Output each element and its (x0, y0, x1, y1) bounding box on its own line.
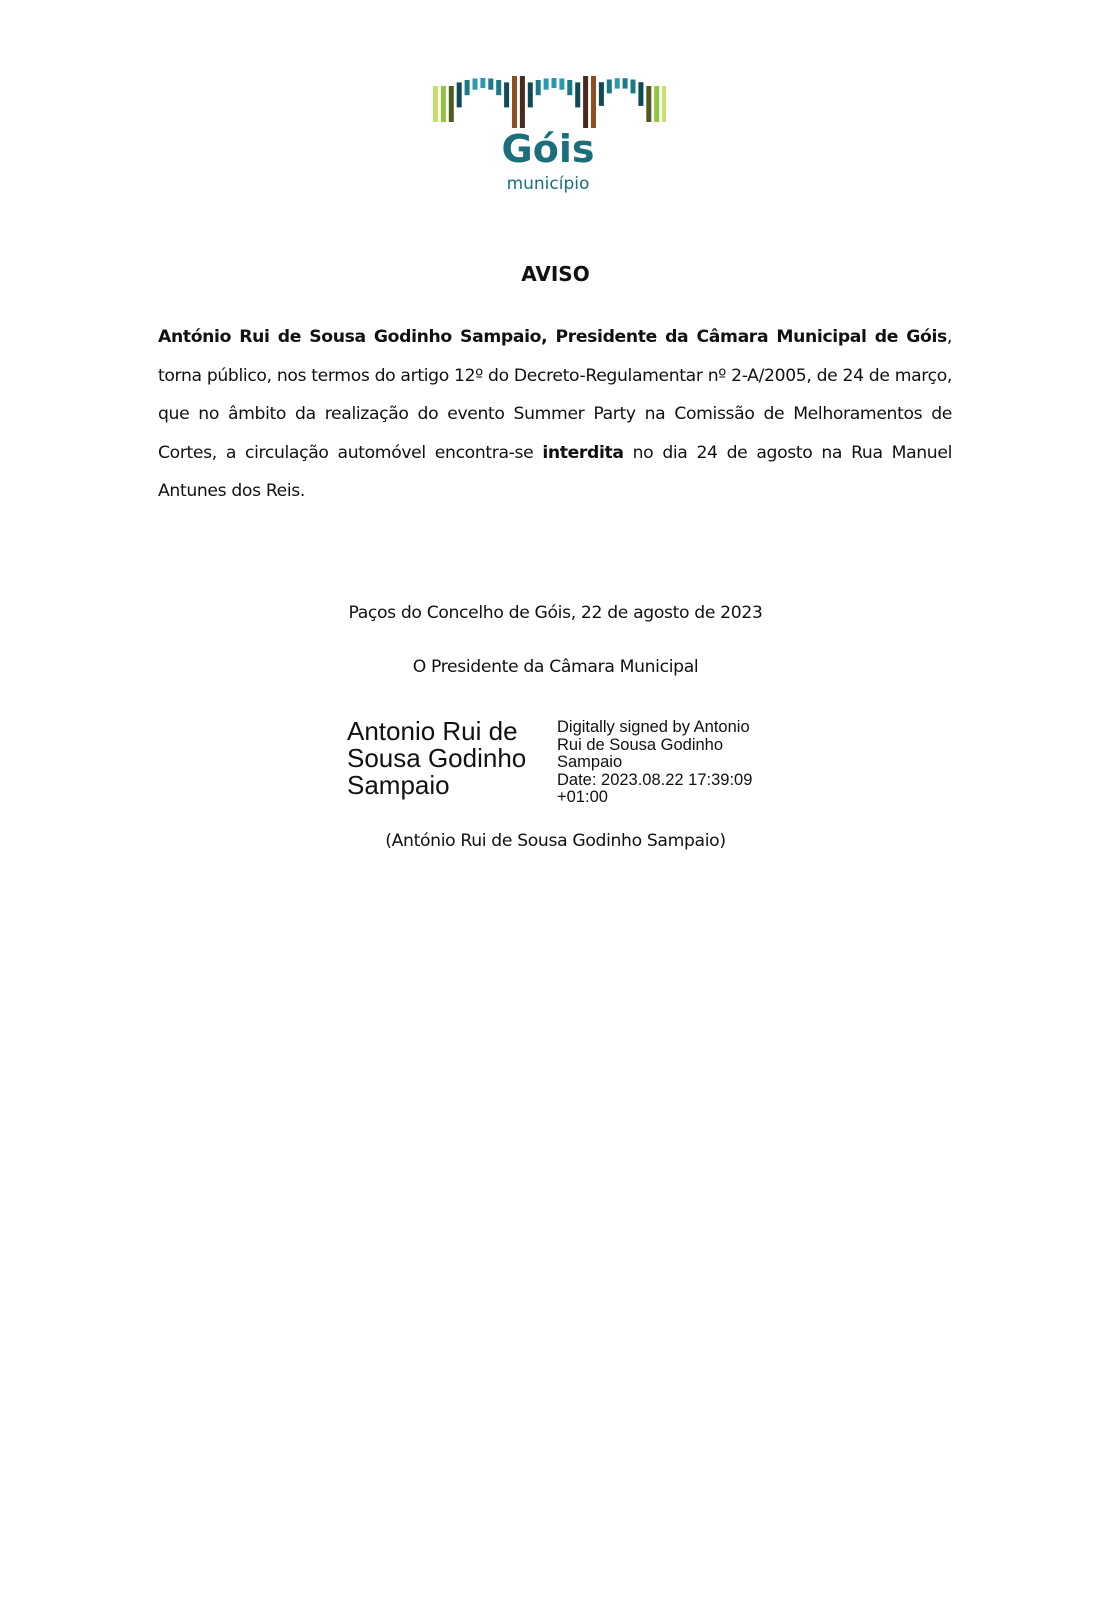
signature-detail-line: Sampaio (557, 754, 752, 772)
place-and-date: Paços do Concelho de Góis, 22 de agosto … (0, 603, 1111, 623)
bridge-icon (430, 72, 666, 128)
signature-name-line: Sampaio (347, 772, 526, 799)
notice-restriction: interdita (542, 443, 623, 463)
digital-signature-name: Antonio Rui de Sousa Godinho Sampaio (347, 718, 526, 799)
notice-body: António Rui de Sousa Godinho Sampaio, Pr… (158, 318, 952, 511)
signature-detail-line: Digitally signed by Antonio (557, 719, 752, 737)
signature-detail-line: Date: 2023.08.22 17:39:09 (557, 772, 752, 790)
digital-signature-details: Digitally signed by Antonio Rui de Sousa… (557, 719, 752, 807)
signature-name-line: Antonio Rui de (347, 718, 526, 745)
signer-role: O Presidente da Câmara Municipal (0, 657, 1111, 677)
signature-name-line: Sousa Godinho (347, 745, 526, 772)
gois-municipality-logo: Góis município (430, 72, 666, 202)
document-title: AVISO (0, 262, 1111, 286)
logo-name: Góis (430, 130, 666, 168)
signature-detail-line: +01:00 (557, 789, 752, 807)
logo-subtitle: município (430, 176, 666, 193)
signature-detail-line: Rui de Sousa Godinho (557, 737, 752, 755)
notice-issuer: António Rui de Sousa Godinho Sampaio, Pr… (158, 327, 947, 347)
printed-signer-name: (António Rui de Sousa Godinho Sampaio) (0, 831, 1111, 851)
